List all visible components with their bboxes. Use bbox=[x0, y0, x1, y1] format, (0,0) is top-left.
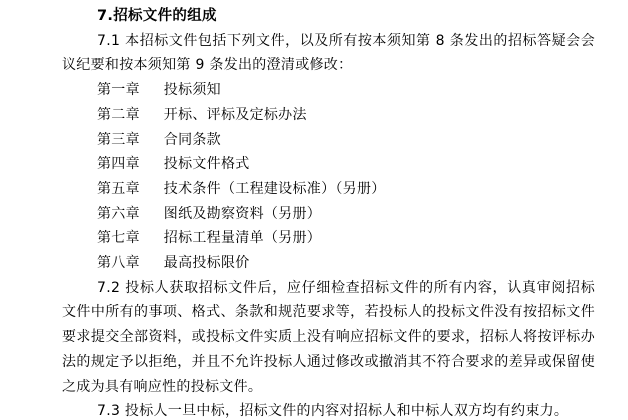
section-heading: 7.招标文件的组成 bbox=[62, 4, 595, 29]
chapter-title: 投标须知 bbox=[164, 82, 221, 98]
chapter-row-4: 第四章 投标文件格式 bbox=[62, 152, 595, 177]
paragraph-7-3: 7.3 投标人一旦中标，招标文件的内容对招标人和中标人双方均有约束力。 bbox=[62, 399, 595, 420]
paragraph-7-2: 7.2 投标人获取招标文件后，应仔细检查招标文件的所有内容，认真审阅招标文件中所… bbox=[62, 276, 595, 400]
chapter-number: 第五章 bbox=[97, 177, 140, 202]
chapter-title: 最高投标限价 bbox=[164, 255, 250, 271]
chapter-row-8: 第八章 最高投标限价 bbox=[62, 251, 595, 276]
chapter-number: 第六章 bbox=[97, 202, 140, 227]
chapter-title: 图纸及勘察资料（另册） bbox=[164, 206, 321, 222]
chapter-number: 第八章 bbox=[97, 251, 140, 276]
chapter-title: 合同条款 bbox=[164, 132, 221, 148]
chapter-title: 技术条件（工程建设标准）（另册） bbox=[164, 181, 386, 197]
chapter-number: 第一章 bbox=[97, 78, 140, 103]
document-page: 7.招标文件的组成 7.1 本招标文件包括下列文件，以及所有按本须知第 8 条发… bbox=[62, 4, 595, 420]
chapter-row-6: 第六章 图纸及勘察资料（另册） bbox=[62, 202, 595, 227]
chapter-row-7: 第七章 招标工程量清单（另册） bbox=[62, 226, 595, 251]
chapter-row-1: 第一章 投标须知 bbox=[62, 78, 595, 103]
chapter-number: 第二章 bbox=[97, 103, 140, 128]
chapter-row-3: 第三章 合同条款 bbox=[62, 128, 595, 153]
chapter-title: 投标文件格式 bbox=[164, 156, 250, 172]
chapter-row-5: 第五章 技术条件（工程建设标准）（另册） bbox=[62, 177, 595, 202]
chapter-title: 招标工程量清单（另册） bbox=[164, 230, 321, 246]
chapter-number: 第四章 bbox=[97, 152, 140, 177]
chapter-number: 第三章 bbox=[97, 128, 140, 153]
paragraph-7-1: 7.1 本招标文件包括下列文件，以及所有按本须知第 8 条发出的招标答疑会会议纪… bbox=[62, 29, 595, 78]
chapter-list: 第一章 投标须知 第二章 开标、评标及定标办法 第三章 合同条款 第四章 投标文… bbox=[62, 78, 595, 276]
chapter-title: 开标、评标及定标办法 bbox=[164, 107, 307, 123]
chapter-row-2: 第二章 开标、评标及定标办法 bbox=[62, 103, 595, 128]
chapter-number: 第七章 bbox=[97, 226, 140, 251]
